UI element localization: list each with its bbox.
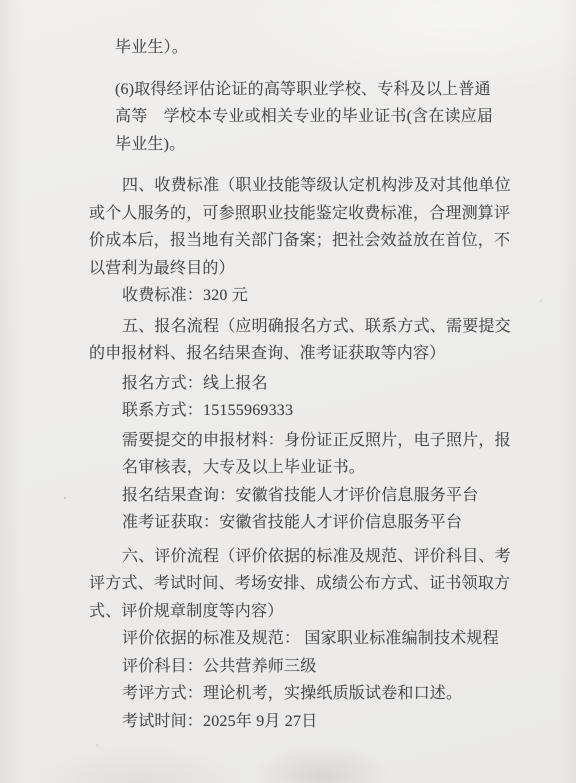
line-materials-2: 名审核表，大专及以上毕业证书。	[122, 454, 576, 482]
line-exam-date: 考试时间：2025年 9月 27日	[122, 708, 576, 736]
line-section4-heading-1: 四、收费标准（职业技能等级认定机构涉及对其他单位	[122, 172, 576, 200]
line-item6-1: (6)取得经评估论证的高等职业学校、专科及以上普通	[115, 76, 576, 104]
line-standards-basis: 评价依据的标准及规范： 国家职业标准编制技术规程	[122, 625, 576, 653]
line-contact-phone: 联系方式：15155969333	[122, 397, 576, 425]
scanned-document-page: 毕业生）。 (6)取得经评估论证的高等职业学校、专科及以上普通 高等 学校本专业…	[0, 0, 576, 783]
line-section4-heading-3: 价成本后，报当地有关部门备案；把社会效益放在首位，不	[89, 227, 576, 255]
line-item6-3: 毕业生)。	[115, 131, 576, 159]
line-section4-heading-2: 或个人服务的，可参照职业技能鉴定收费标准，合理测算评	[89, 200, 576, 228]
line-prev-paragraph-end: 毕业生）。	[115, 34, 576, 62]
line-admission-ticket: 准考证获取：安徽省技能人才评价信息服务平台	[122, 509, 576, 537]
document-text-block: 毕业生）。 (6)取得经评估论证的高等职业学校、专科及以上普通 高等 学校本专业…	[0, 0, 576, 735]
line-materials-1: 需要提交的申报材料：身份证正反照片，电子照片，报	[122, 427, 576, 455]
line-evaluation-subject: 评价科目：公共营养师三级	[122, 653, 576, 681]
line-item6-2: 高等 学校本专业或相关专业的毕业证书(含在读应届	[115, 103, 576, 131]
line-section4-heading-4: 以营利为最终目的）	[89, 255, 576, 283]
scan-noise-speckles	[0, 0, 2, 2]
line-fee-standard: 收费标准：320 元	[122, 282, 576, 310]
line-section6-heading-3: 式、评价规章制度等内容）	[89, 598, 576, 626]
line-exam-method: 考评方式：理论机考，实操纸质版试卷和口述。	[122, 680, 576, 708]
line-section6-heading-1: 六、评价流程（评价依据的标准及规范、评价科目、考	[122, 543, 576, 571]
line-section5-heading-1: 五、报名流程（应明确报名方式、联系方式、需要提交	[122, 313, 576, 341]
line-section6-heading-2: 评方式、考试时间、考场安排、成绩公布方式、证书领取方	[89, 570, 576, 598]
line-section5-heading-2: 的申报材料、报名结果查询、准考证获取等内容）	[89, 340, 576, 368]
line-signup-method: 报名方式：线上报名	[122, 370, 576, 398]
line-result-query: 报名结果查询：安徽省技能人才评价信息服务平台	[122, 482, 576, 510]
